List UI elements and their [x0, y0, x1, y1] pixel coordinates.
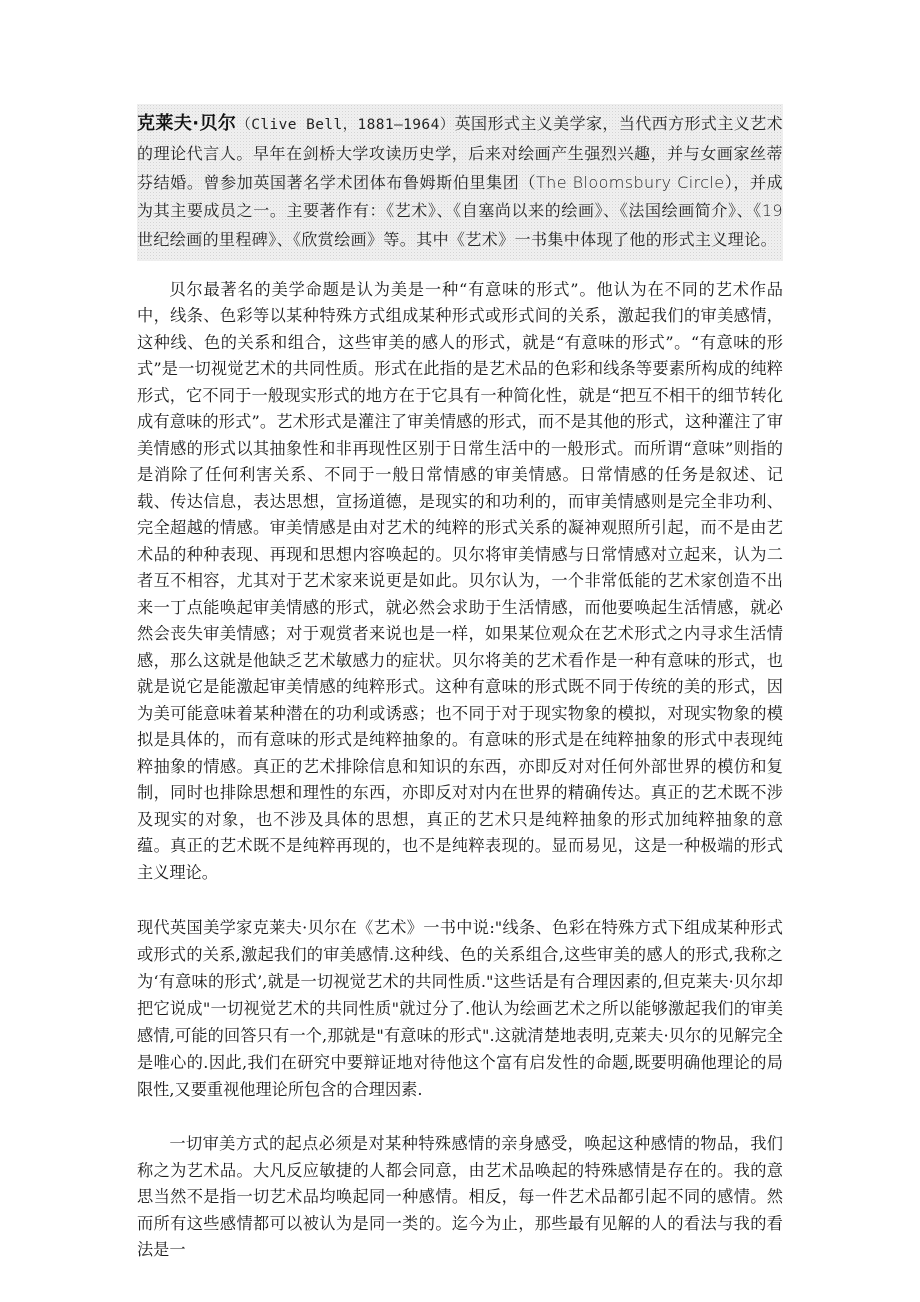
- paragraph-critique: 现代英国美学家克莱夫·贝尔在《艺术》一书中说:"线条、色彩在特殊方式下组成某种形…: [137, 914, 783, 1103]
- author-intro-block: 克莱夫·贝尔（Clive Bell，1881—1964）英国形式主义美学家，当代…: [137, 104, 783, 261]
- author-latin-name-dates: （Clive Bell，1881—1964）: [236, 117, 454, 133]
- author-name: 克莱夫·贝尔: [137, 113, 236, 134]
- document-page: 克莱夫·贝尔（Clive Bell，1881—1964）英国形式主义美学家，当代…: [137, 104, 783, 1264]
- paragraph-significant-form: 贝尔最著名的美学命题是认为美是一种“有意味的形式”。他认为在不同的艺术作品中，线…: [137, 277, 783, 887]
- paragraph-aesthetic-emotion: 一切审美方式的起点必须是对某种特殊感情的亲身感受，唤起这种感情的物品，我们称之为…: [137, 1131, 783, 1264]
- author-intro-text: 英国形式主义美学家，当代西方形式主义艺术的理论代言人。早年在剑桥大学攻读历史学，…: [137, 114, 783, 249]
